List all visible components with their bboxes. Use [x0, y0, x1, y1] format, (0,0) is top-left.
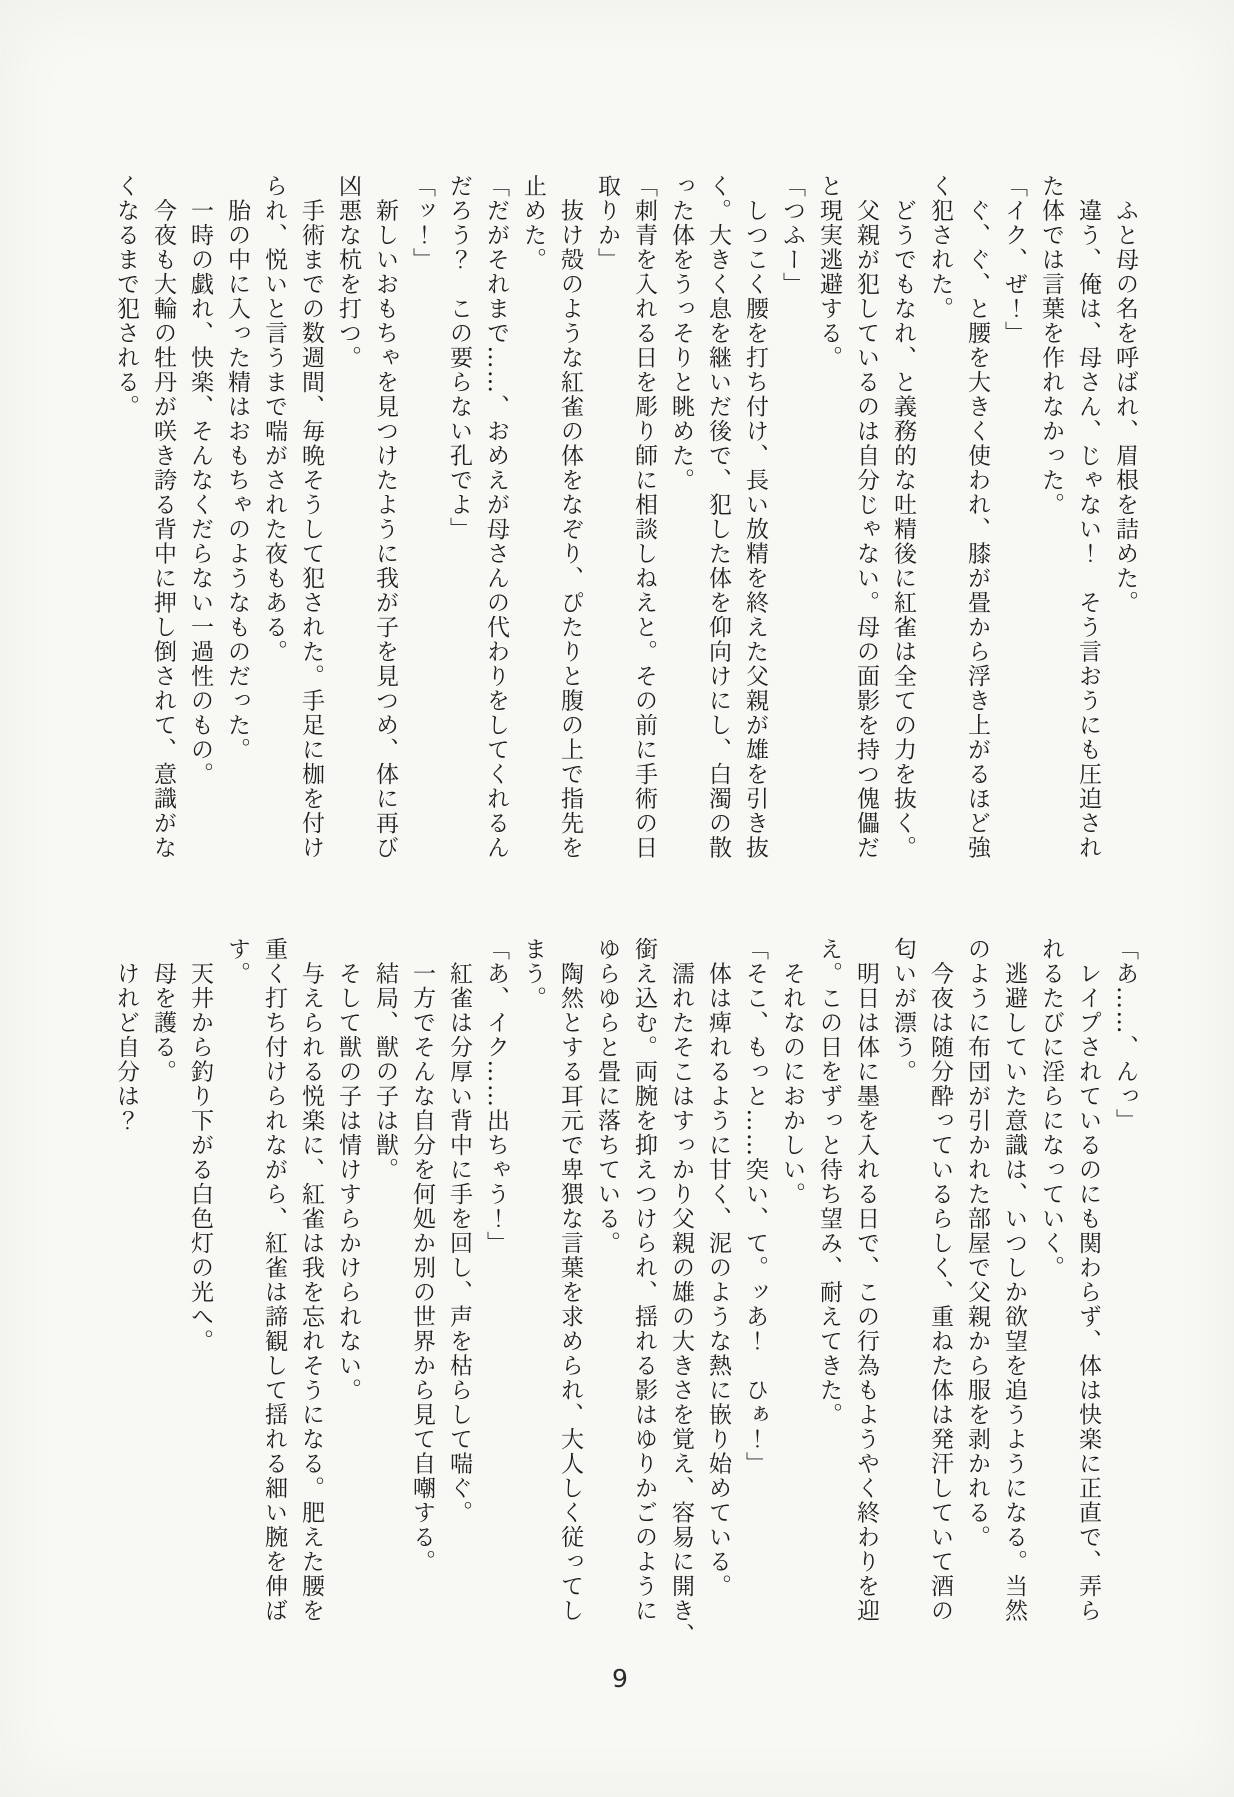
text-line: それなのにおかしい。: [773, 937, 810, 1627]
text-line: 紅雀は分厚い背中に手を回し、声を枯らして喘ぐ。: [440, 937, 477, 1627]
text-block-top: ふと母の名を呼ばれ、眉根を詰めた。 違う、俺は、母さん、じゃない！ そう言おうに…: [107, 174, 1143, 864]
text-line: 「あ、イク……出ちゃう！」: [477, 937, 514, 1627]
text-line: 逃避していた意識は、いつしか欲望を追うようになる。当然: [995, 937, 1032, 1627]
text-line: られ、悦いと言うまで喘がされた夜もある。: [255, 174, 292, 864]
text-line: れるたびに淫らになっていく。: [1032, 937, 1069, 1627]
text-line: 「そこ、もっと……突い、て。ッあ！ ひぁ！」: [736, 937, 773, 1627]
text-line: そして獣の子は情けすらかけられない。: [329, 937, 366, 1627]
text-line: 「刺青を入れる日を彫り師に相談しねえと。その前に手術の日: [625, 174, 662, 864]
text-line: 銜え込む。両腕を抑えつけられ、揺れる影はゆりかごのように: [625, 937, 662, 1627]
text-line: 重く打ち付けられながら、紅雀は諦観して揺れる細い腕を伸ば: [255, 937, 292, 1627]
text-line: 結局、獣の子は獣。: [366, 937, 403, 1627]
text-line: まう。: [514, 937, 551, 1627]
text-line: 止めた。: [514, 174, 551, 864]
text-line: 「だがそれまで……、おめえが母さんの代わりをしてくれるん: [477, 174, 514, 864]
text-line: 一時の戯れ、快楽、そんなくだらない一過性のもの。: [181, 174, 218, 864]
text-line: 天井から釣り下がる白色灯の光へ。: [181, 937, 218, 1627]
text-line: と現実逃避する。: [810, 174, 847, 864]
text-line: ぐ、ぐ、と腰を大きく使われ、膝が畳から浮き上がるほど強: [958, 174, 995, 864]
text-line: くなるまで犯される。: [107, 174, 144, 864]
text-line: しつこく腰を打ち付け、長い放精を終えた父親が雄を引き抜: [736, 174, 773, 864]
text-line: 凶悪な杭を打つ。: [329, 174, 366, 864]
text-line: 母を護る。: [144, 937, 181, 1627]
text-line: 取りか」: [588, 174, 625, 864]
text-line: けれど自分は？: [107, 937, 144, 1627]
text-line: どうでもなれ、と義務的な吐精後に紅雀は全ての力を抜く。: [884, 174, 921, 864]
text-line: 抜け殻のような紅雀の体をなぞり、ぴたりと腹の上で指先を: [551, 174, 588, 864]
text-line: 匂いが漂う。: [884, 937, 921, 1627]
text-line: レイプされているのにも関わらず、体は快楽に正直で、弄ら: [1069, 937, 1106, 1627]
text-line: 濡れたそこはすっかり父親の雄の大きさを覚え、容易に開き、: [662, 937, 699, 1627]
text-line: 「つふー」: [773, 174, 810, 864]
text-line: 今夜も大輪の牡丹が咲き誇る背中に押し倒されて、意識がな: [144, 174, 181, 864]
text-line: 「ッ！」: [403, 174, 440, 864]
text-line: 胎の中に入った精はおもちゃのようなものだった。: [218, 174, 255, 864]
text-line: く犯された。: [921, 174, 958, 864]
text-line: く。大きく息を継いだ後で、犯した体を仰向けにし、白濁の散: [699, 174, 736, 864]
text-line: のように布団が引かれた部屋で父親から服を剥かれる。: [958, 937, 995, 1627]
text-line: 新しいおもちゃを見つけたように我が子を見つめ、体に再び: [366, 174, 403, 864]
text-line: 「イク、ぜ！」: [995, 174, 1032, 864]
text-line: 今夜は随分酔っているらしく、重ねた体は発汗していて酒の: [921, 937, 958, 1627]
text-line: 陶然とする耳元で卑猥な言葉を求められ、大人しく従ってし: [551, 937, 588, 1627]
page-number: 9: [612, 1664, 628, 1693]
text-block-bottom: 「あ……、んっ」 レイプされているのにも関わらず、体は快楽に正直で、弄られるたび…: [107, 937, 1143, 1627]
text-line: す。: [218, 937, 255, 1627]
text-line: 明日は体に墨を入れる日で、この行為もようやく終わりを迎: [847, 937, 884, 1627]
scanned-page: ふと母の名を呼ばれ、眉根を詰めた。 違う、俺は、母さん、じゃない！ そう言おうに…: [0, 0, 1234, 1797]
text-line: 「あ……、んっ」: [1106, 937, 1143, 1627]
text-line: 体は痺れるように甘く、泥のような熱に嵌り始めている。: [699, 937, 736, 1627]
text-line: ふと母の名を呼ばれ、眉根を詰めた。: [1106, 174, 1143, 864]
text-line: た体では言葉を作れなかった。: [1032, 174, 1069, 864]
text-line: 手術までの数週間、毎晩そうして犯された。手足に枷を付け: [292, 174, 329, 864]
text-line: 一方でそんな自分を何処か別の世界から見て自嘲する。: [403, 937, 440, 1627]
text-line: った体をうっそりと眺めた。: [662, 174, 699, 864]
text-line: ゆらゆらと畳に落ちている。: [588, 937, 625, 1627]
text-line: だろう？ この要らない孔でよ」: [440, 174, 477, 864]
text-line: 与えられる悦楽に、紅雀は我を忘れそうになる。肥えた腰を: [292, 937, 329, 1627]
text-line: 父親が犯しているのは自分じゃない。母の面影を持つ傀儡だ: [847, 174, 884, 864]
text-line: 違う、俺は、母さん、じゃない！ そう言おうにも圧迫され: [1069, 174, 1106, 864]
text-line: え。この日をずっと待ち望み、耐えてきた。: [810, 937, 847, 1627]
